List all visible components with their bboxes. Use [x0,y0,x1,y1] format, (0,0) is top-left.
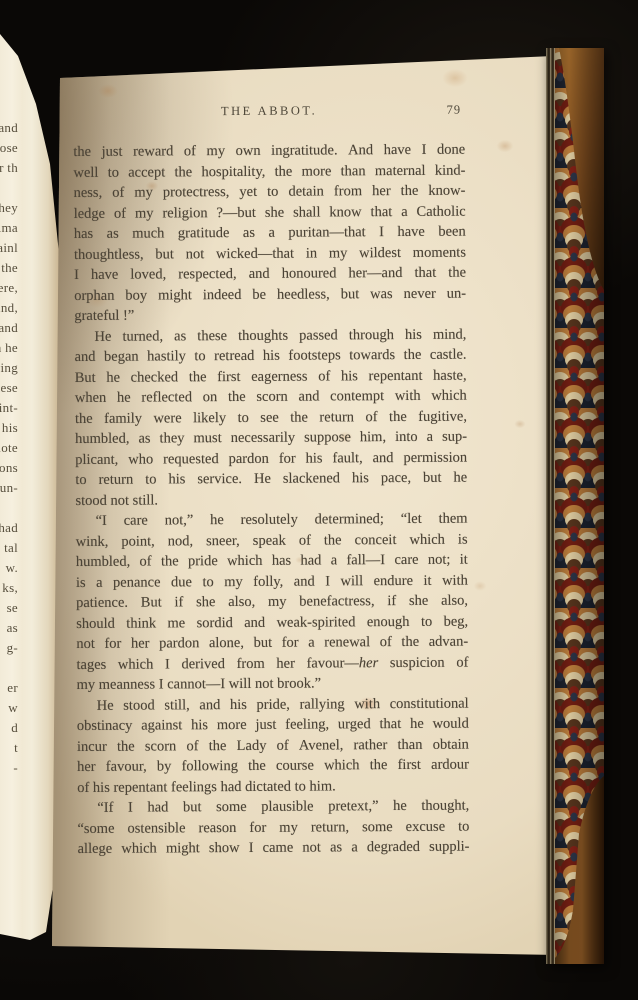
text-line: Buthecheckedthefirsteagernessofhisrepent… [75,365,467,388]
fragment-line: these [0,380,19,400]
text-line: ness,ofmyprotectress,yettodetainfromhert… [74,181,466,204]
text-line: incurthescornoftheLadyofAvenel,rathertha… [77,734,469,757]
fragment-line: un- [0,480,19,500]
text-line: “IfIhadbutsomeplausiblepretext,”hethough… [77,796,469,819]
fragment-line: his [0,420,19,440]
text-line: notforherpardonalone,butforarenewalofthe… [76,632,468,655]
fragment-line: had [0,520,19,540]
fragment-line: whose [0,140,19,160]
fragment-line: ntima [0,220,19,240]
fragment-line: ions [0,460,19,480]
fragment-line: le they [0,200,19,220]
text-line: hasasmuchgratitudeasapuritan—thatIhavebe… [74,222,466,245]
fragment-line: t [0,740,19,760]
fragment-line: th he [0,340,19,360]
text-line: Heturned,asthesethoughtspassedthroughhis… [74,324,466,347]
fragment-line: g- [0,640,19,660]
fragment-line: nt, and [0,120,19,140]
text-line: plicant,whorequestedpardonforhisfault,an… [75,447,467,470]
fragment-line: note [0,440,19,460]
page-header: THE ABBOT. 79 [73,98,465,140]
fragment-line [0,660,19,680]
paragraph: Hestoodstill,andhispride,rallyingwithcon… [77,693,470,798]
paragraph: “IfIhadbutsomeplausiblepretext,”hethough… [77,796,469,860]
text-block: THE ABBOT. 79 thejustrewardofmyowningrat… [73,98,470,860]
text-line: patience.Butifshealso,mybenefactress,ifs… [76,591,468,614]
text-line: thoughtless,butnotwicked—thatinmywildest… [74,242,466,265]
text-line: isapenanceduetomyfolly,andIwillendureitw… [76,570,468,593]
fragment-line: as [0,620,19,640]
book-page: THE ABBOT. 79 thejustrewardofmyowningrat… [0,0,638,1000]
fragment-line: - [0,760,19,780]
text-line: grateful !” [74,304,466,327]
paragraph: “Icarenot,”heresolutelydetermined;“letth… [76,509,469,696]
fragment-line: nint- [0,400,19,420]
fore-edge-surface [546,48,604,964]
fragment-line: ; and [0,320,19,340]
fragment-line: tal [0,540,19,560]
page-number: 79 [447,103,462,118]
text-line: orphanboymightindeedbeheedless,butwasnev… [74,283,466,306]
fragment-line: ut the [0,260,19,280]
text-line: humbled,astheymustnecessarilysupposehim,… [75,427,467,450]
running-title: THE ABBOT. [73,103,465,120]
photo-scene: nt, andwhoseger thle theyntimartainlut t… [0,0,638,1000]
text-line: ledgeofmyreligion?—butsheshallknowthataC… [74,201,466,224]
fragment-line: ound, [0,300,19,320]
text-line: thejustrewardofmyowningratitude.AndhaveI… [73,140,465,163]
fragment-line [0,180,19,200]
fragment-line: rtainl [0,240,19,260]
fragment-line: w. [0,560,19,580]
text-line: tageswhichIderivedfromherfavour—hersuspi… [76,652,468,675]
paragraph: Heturned,asthesethoughtspassedthroughhis… [74,324,467,511]
text-line: herfavour,byfollowingthecoursewhichthefi… [77,755,469,778]
text-line: Hestoodstill,andhispride,rallyingwithcon… [77,693,469,716]
text-line: Ihaveloved,respected,andhonouredher—andt… [74,263,466,286]
fragment-line: d [0,720,19,740]
fore-edge-shading [546,48,604,964]
left-page-text-fragments: nt, andwhoseger thle theyntimartainlut t… [0,120,19,780]
fragment-line: ger th [0,160,19,180]
text-line: humbled,ofthepridewhichhashadafall—Icare… [76,550,468,573]
fragment-line: er [0,680,19,700]
text-line: andbeganhastilytoretreadhisfootstepstowa… [75,345,467,368]
text-line: “Icarenot,”heresolutelydetermined;“letth… [76,509,468,532]
text-line: shouldthinkmesordidandweak-spiritedenoug… [76,611,468,634]
text-line: allegewhichmightshowIcamenotasadegradeds… [78,837,470,860]
fragment-line: ks, [0,580,19,600]
text-line: whenhereflectedonthescornandcontemptwith… [75,386,467,409]
paragraph: thejustrewardofmyowningratitude.AndhaveI… [73,140,466,327]
text-line: my meanness I cannot—I will not brook.” [77,673,469,696]
fragment-line: ving [0,360,19,380]
fragment-line: w [0,700,19,720]
page-body-text: thejustrewardofmyowningratitude.AndhaveI… [73,140,469,860]
fragment-line [0,500,19,520]
fragment-line: se [0,600,19,620]
text-line: thefamilywerelikelytoseethereturnofthefu… [75,406,467,429]
text-line: obstinacyagainsthismorejustfeeling,urged… [77,714,469,737]
fore-edge [546,48,604,964]
text-line: of his repentant feelings had dictated t… [77,775,469,798]
text-line: “someostensiblereasonformyreturn,someexc… [77,816,469,839]
text-line: wink,point,nod,sneer,speakoftheconceitwh… [76,529,468,552]
text-line: toreturntohisservice.Heslackenedhispace,… [75,468,467,491]
fragment-line: were, [0,280,19,300]
text-line: stood not still. [75,488,467,511]
text-line: welltoacceptthehospitality,themorethanma… [73,160,465,183]
